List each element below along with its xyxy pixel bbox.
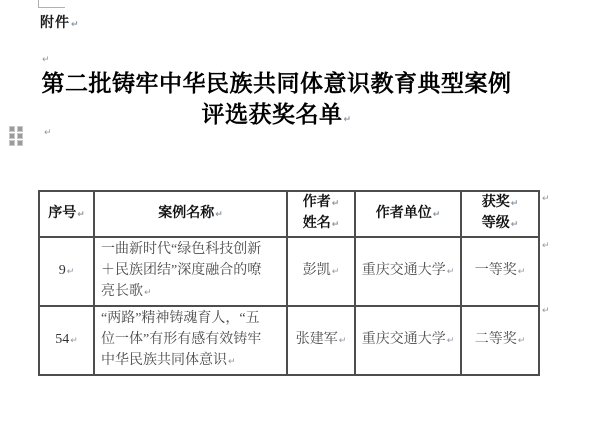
col-header-award-level: 获奖↵等级↵ — [461, 191, 539, 237]
paragraph-mark: ↵ — [41, 55, 50, 65]
cell-author-name: 张建军↵ — [287, 306, 355, 375]
col-header-author-unit: 作者单位↵ — [355, 191, 461, 237]
awards-table: 序号↵ 案例名称↵ 作者↵姓名↵ 作者单位↵ 获奖↵等级↵ 9↵ 一曲新时代“绿… — [38, 190, 540, 376]
document-page[interactable]: 附件↵ ↵ 第二批铸牢中华民族共同体意识教育典型案例评选获奖名单↵ ↵ 序号↵ … — [0, 0, 601, 437]
table-header-row: 序号↵ 案例名称↵ 作者↵姓名↵ 作者单位↵ 获奖↵等级↵ — [39, 191, 539, 237]
table-row: 9↵ 一曲新时代“绿色科技创新＋民族团结”深度融合的嘹亮长歌↵ 彭凯↵ 重庆交通… — [39, 237, 539, 306]
paragraph-mark: ↵ — [541, 240, 550, 251]
table-anchor-handle-icon[interactable] — [10, 127, 22, 145]
cell-award-level: 二等奖↵ — [461, 306, 539, 375]
table-row: 54↵ “两路”精神铸魂育人，“五位一体”有形有感有效铸牢中华民族共同体意识↵ … — [39, 306, 539, 375]
col-header-index: 序号↵ — [39, 191, 94, 237]
page-corner-crop-mark — [38, 0, 39, 7]
document-title: 第二批铸牢中华民族共同体意识教育典型案例评选获奖名单↵ — [38, 68, 515, 136]
cell-award-level: 一等奖↵ — [461, 237, 539, 306]
page-corner-crop-mark — [38, 7, 65, 8]
cell-case-name: 一曲新时代“绿色科技创新＋民族团结”深度融合的嘹亮长歌↵ — [94, 237, 287, 306]
cell-author-unit: 重庆交通大学↵ — [355, 237, 461, 306]
cell-author-unit: 重庆交通大学↵ — [355, 306, 461, 375]
col-header-case-name: 案例名称↵ — [94, 191, 287, 237]
cell-index: 54↵ — [39, 306, 94, 375]
attachment-label: 附件↵ — [40, 12, 80, 32]
cell-case-name: “两路”精神铸魂育人，“五位一体”有形有感有效铸牢中华民族共同体意识↵ — [94, 306, 287, 375]
paragraph-mark: ↵ — [43, 128, 52, 138]
paragraph-mark: ↵ — [541, 193, 550, 204]
paragraph-mark: ↵ — [541, 305, 550, 316]
cell-author-name: 彭凯↵ — [287, 237, 355, 306]
col-header-author-name: 作者↵姓名↵ — [287, 191, 355, 237]
cell-index: 9↵ — [39, 237, 94, 306]
